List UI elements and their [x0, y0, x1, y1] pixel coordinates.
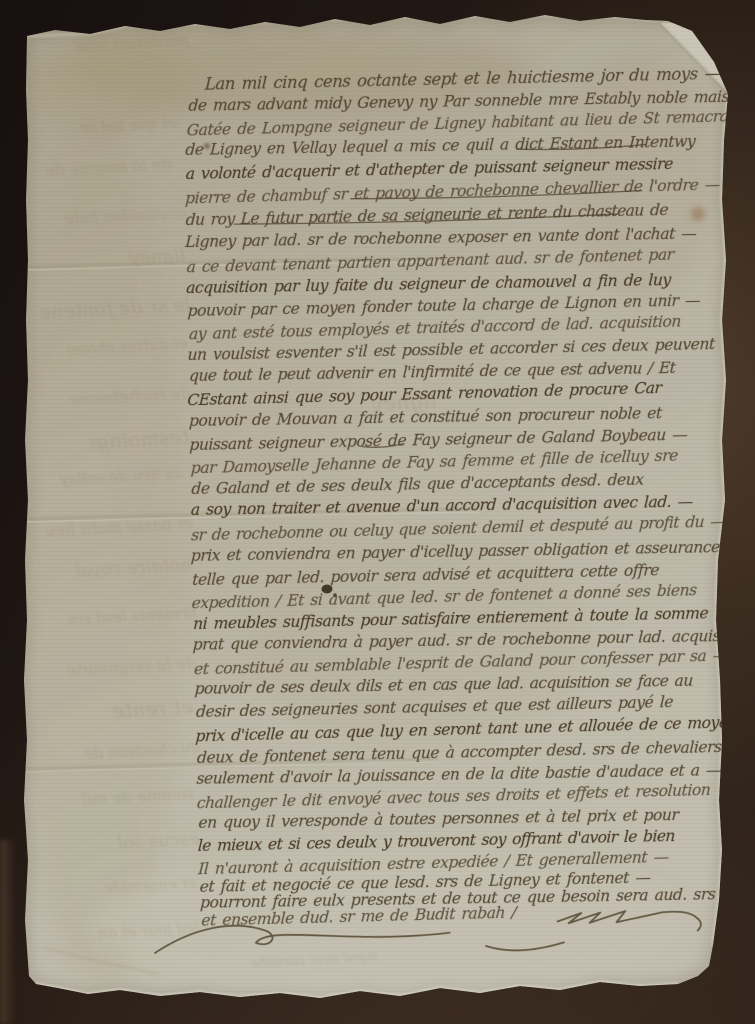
ink-underline: [350, 191, 642, 200]
notary-paraph: [155, 921, 450, 953]
notary-paraph: [486, 942, 564, 951]
writing-layer: par devant nouset que led srde la somme …: [0, 0, 755, 1024]
ink-underline: [361, 444, 403, 448]
ink-underline: [516, 144, 646, 150]
manuscript-photo: par devant nouset que led srde la somme …: [0, 0, 755, 1024]
ink-overlay: [0, 0, 755, 1024]
notary-paraph: [557, 909, 701, 933]
ink-underline: [234, 214, 618, 225]
paper-surface: par devant nouset que led srde la somme …: [0, 0, 755, 1024]
